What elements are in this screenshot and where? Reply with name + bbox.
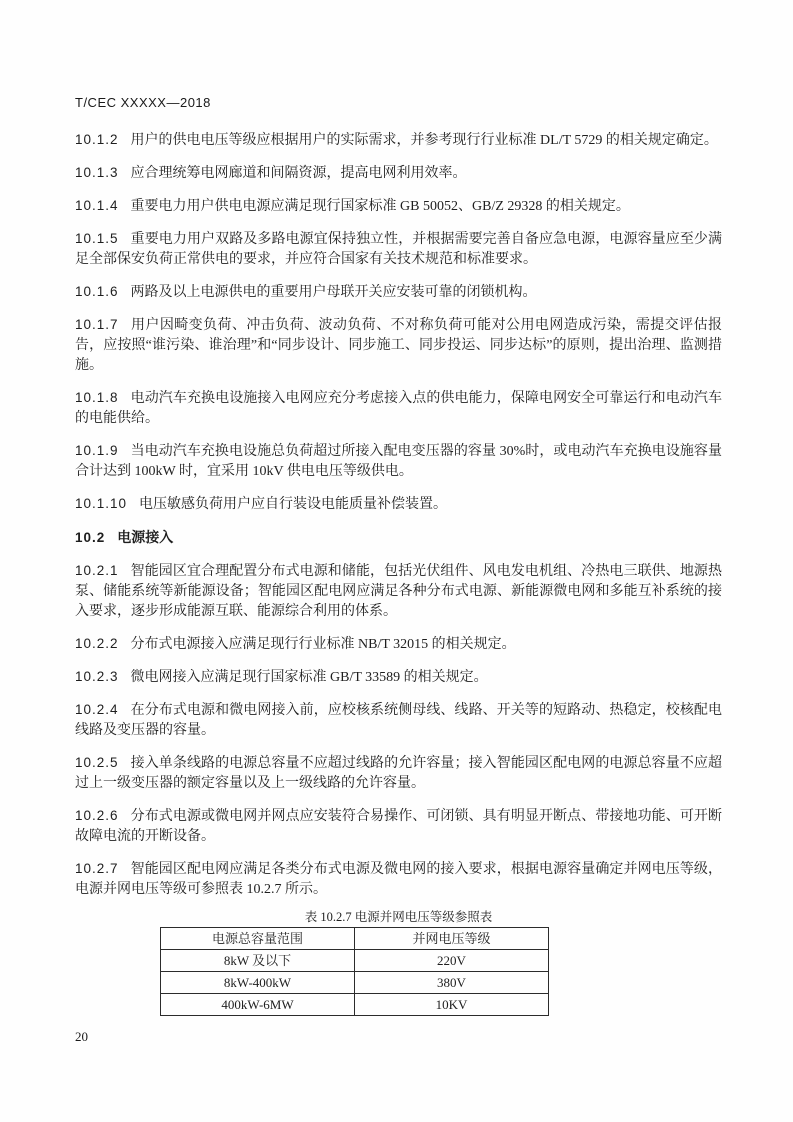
clause-10-1-4: 10.1.4重要电力用户供电电源应满足现行国家标准 GB 50052、GB/Z … [75,196,722,217]
clause-text: 用户的供电电压等级应根据用户的实际需求，并参考现行行业标准 DL/T 5729 … [131,133,718,148]
section-heading-10-2: 10.2电源接入 [75,527,722,549]
clause-text: 电动汽车充换电设施接入电网应充分考虑接入点的供电能力，保障电网安全可靠运行和电动… [75,391,722,426]
clause-number: 10.1.10 [75,496,127,511]
clause-10-1-10: 10.1.10电压敏感负荷用户应自行装设电能质量补偿装置。 [75,494,722,515]
clause-10-2-7: 10.2.7智能园区配电网应满足各类分布式电源及微电网的接入要求，根据电源容量确… [75,859,722,900]
document-content: 10.1.2用户的供电电压等级应根据用户的实际需求，并参考现行行业标准 DL/T… [75,130,722,1045]
clause-10-2-3: 10.2.3微电网接入应满足现行国家标准 GB/T 33589 的相关规定。 [75,667,722,688]
clause-text: 智能园区宜合理配置分布式电源和储能，包括光伏组件、风电发电机组、冷热电三联供、地… [75,564,722,619]
clause-number: 10.1.7 [75,317,119,332]
clause-number: 10.2.2 [75,636,119,651]
table-cell: 380V [355,972,549,994]
table-cell: 8kW 及以下 [161,950,355,972]
clause-number: 10.2.4 [75,702,119,717]
clause-10-1-3: 10.1.3应合理统筹电网廊道和间隔资源，提高电网利用效率。 [75,163,722,184]
table-header-voltage: 并网电压等级 [355,928,549,950]
table-caption: 表 10.2.7 电源并网电压等级参照表 [75,909,722,925]
clause-10-2-2: 10.2.2分布式电源接入应满足现行行业标准 NB/T 32015 的相关规定。 [75,634,722,655]
table-row: 8kW 及以下 220V [161,950,549,972]
clause-number: 10.1.8 [75,390,119,405]
clause-number: 10.2.1 [75,563,119,578]
clause-10-2-1: 10.2.1智能园区宜合理配置分布式电源和储能，包括光伏组件、风电发电机组、冷热… [75,561,722,622]
running-header: T/CEC XXXXX—2018 [75,95,722,111]
page-number: 20 [75,1029,722,1045]
table-cell: 10KV [355,994,549,1016]
clause-10-1-7: 10.1.7用户因畸变负荷、冲击负荷、波动负荷、不对称负荷可能对公用电网造成污染… [75,315,722,376]
clause-10-1-8: 10.1.8电动汽车充换电设施接入电网应充分考虑接入点的供电能力，保障电网安全可… [75,388,722,429]
clause-number: 10.1.2 [75,132,119,147]
table-row: 8kW-400kW 380V [161,972,549,994]
section-title: 电源接入 [117,529,173,545]
clause-text: 分布式电源或微电网并网点应安装符合易操作、可闭锁、具有明显开断点、带接地功能、可… [75,809,722,844]
clause-number: 10.2.7 [75,861,119,876]
section-number: 10.2 [75,530,105,545]
document-page: T/CEC XXXXX—2018 10.1.2用户的供电电压等级应根据用户的实际… [0,0,793,1122]
clause-10-1-5: 10.1.5重要电力用户双路及多路电源宜保持独立性，并根据需要完善自备应急电源，… [75,229,722,270]
clause-10-2-5: 10.2.5接入单条线路的电源总容量不应超过线路的允许容量；接入智能园区配电网的… [75,753,722,794]
clause-number: 10.2.3 [75,669,119,684]
table-row: 400kW-6MW 10KV [161,994,549,1016]
table-cell: 220V [355,950,549,972]
table-header-capacity: 电源总容量范围 [161,928,355,950]
clause-text: 接入单条线路的电源总容量不应超过线路的允许容量；接入智能园区配电网的电源总容量不… [75,756,722,791]
clause-10-2-4: 10.2.4在分布式电源和微电网接入前，应校核系统侧母线、线路、开关等的短路动、… [75,700,722,741]
clause-10-1-2: 10.1.2用户的供电电压等级应根据用户的实际需求，并参考现行行业标准 DL/T… [75,130,722,151]
clause-10-2-6: 10.2.6分布式电源或微电网并网点应安装符合易操作、可闭锁、具有明显开断点、带… [75,806,722,847]
clause-text: 在分布式电源和微电网接入前，应校核系统侧母线、线路、开关等的短路动、热稳定，校核… [75,703,722,738]
clause-text: 电压敏感负荷用户应自行装设电能质量补偿装置。 [139,497,447,512]
clause-text: 微电网接入应满足现行国家标准 GB/T 33589 的相关规定。 [131,670,488,685]
clause-text: 两路及以上电源供电的重要用户母联开关应安装可靠的闭锁机构。 [131,285,537,300]
clause-text: 智能园区配电网应满足各类分布式电源及微电网的接入要求，根据电源容量确定并网电压等… [75,862,722,897]
clause-text: 应合理统筹电网廊道和间隔资源，提高电网利用效率。 [131,166,467,181]
grid-voltage-reference-table: 电源总容量范围 并网电压等级 8kW 及以下 220V 8kW-400kW 38… [160,927,549,1016]
clause-number: 10.1.5 [75,231,119,246]
clause-text: 重要电力用户双路及多路电源宜保持独立性，并根据需要完善自备应急电源，电源容量应至… [75,232,722,267]
table-cell: 400kW-6MW [161,994,355,1016]
table-cell: 8kW-400kW [161,972,355,994]
clause-text: 重要电力用户供电电源应满足现行国家标准 GB 50052、GB/Z 29328 … [131,199,630,214]
clause-number: 10.1.4 [75,198,119,213]
clause-text: 当电动汽车充换电设施总负荷超过所接入配电变压器的容量 30%时，或电动汽车充换电… [75,444,722,479]
clause-number: 10.1.3 [75,165,119,180]
table-header-row: 电源总容量范围 并网电压等级 [161,928,549,950]
clause-number: 10.1.9 [75,443,119,458]
clause-number: 10.2.6 [75,808,119,823]
clause-number: 10.2.5 [75,755,119,770]
clause-10-1-6: 10.1.6两路及以上电源供电的重要用户母联开关应安装可靠的闭锁机构。 [75,282,722,303]
clause-text: 用户因畸变负荷、冲击负荷、波动负荷、不对称负荷可能对公用电网造成污染，需提交评估… [75,318,722,373]
clause-number: 10.1.6 [75,284,119,299]
clause-10-1-9: 10.1.9当电动汽车充换电设施总负荷超过所接入配电变压器的容量 30%时，或电… [75,441,722,482]
clause-text: 分布式电源接入应满足现行行业标准 NB/T 32015 的相关规定。 [131,637,516,652]
